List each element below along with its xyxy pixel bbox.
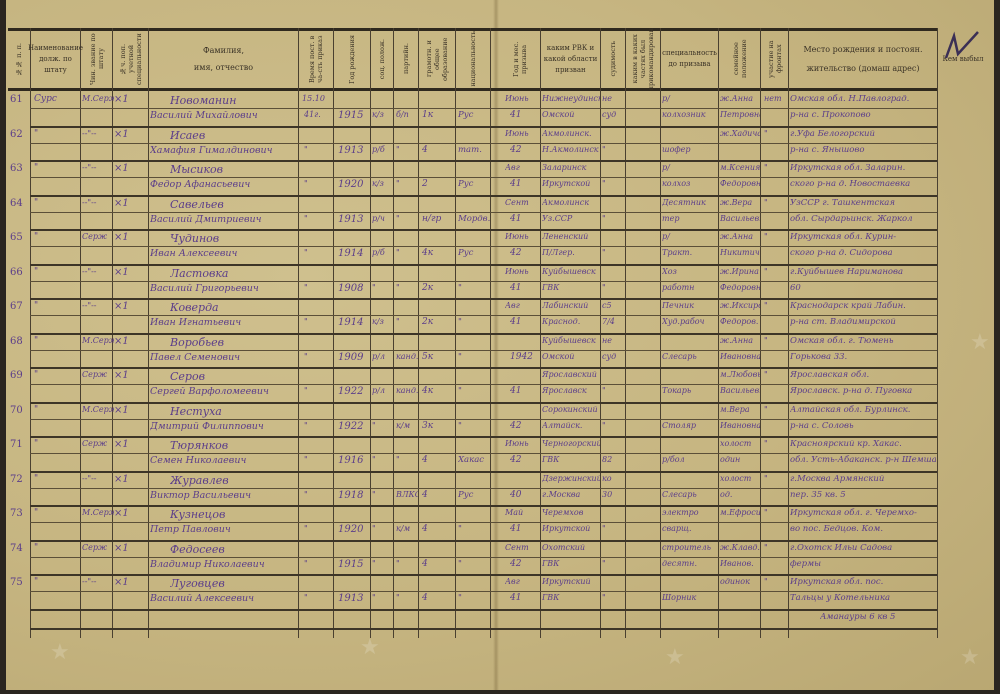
address-line-a: Алтайская обл. Бурлинск. bbox=[790, 405, 936, 415]
surname: Нестуха bbox=[170, 405, 298, 418]
nationality: Рус bbox=[458, 179, 490, 189]
education: 4к bbox=[422, 386, 454, 396]
specialty-b: колхозник bbox=[662, 110, 718, 119]
surname: Ластовка bbox=[170, 267, 298, 280]
checkmark-stroke-icon bbox=[940, 28, 982, 68]
surname: Савельев bbox=[170, 198, 298, 211]
surname: Исаев bbox=[170, 129, 298, 142]
position-title: " bbox=[34, 474, 80, 484]
social-status: " bbox=[372, 524, 394, 533]
draft-month: Май bbox=[505, 508, 539, 517]
position-title: " bbox=[34, 198, 80, 208]
rank: --"-- bbox=[82, 198, 114, 207]
surname: Луговцев bbox=[170, 577, 298, 590]
address-line-a: Омская обл. Н.Павлоград. bbox=[790, 94, 936, 104]
education: 1к bbox=[422, 110, 454, 120]
address-continuation: Аманауры 6 кв 5 bbox=[820, 612, 936, 622]
conviction-b: 82 bbox=[602, 455, 624, 464]
family-b: Федоровна bbox=[720, 283, 760, 292]
row-rule bbox=[30, 557, 937, 558]
rvk-region: ГВК bbox=[542, 283, 600, 292]
row-rule bbox=[30, 298, 937, 300]
rvk-district: Лененский bbox=[542, 232, 600, 241]
family-b: Федоровна bbox=[720, 179, 760, 188]
party: " bbox=[396, 248, 418, 257]
conviction-a: с5 bbox=[602, 301, 624, 310]
address-line-a: г.Уфа Белогорский bbox=[790, 129, 936, 139]
address-line-b: р-на с. Янышово bbox=[790, 145, 936, 155]
position-mark: ×1 bbox=[114, 508, 146, 519]
front-participation: " bbox=[764, 336, 788, 345]
conviction-b: суд bbox=[602, 352, 624, 361]
position-mark: ×1 bbox=[114, 474, 146, 485]
row-number: 68 bbox=[10, 336, 30, 347]
party: к/м bbox=[396, 421, 418, 430]
name-patronymic: Павел Семенович bbox=[150, 352, 298, 363]
watermark-star-icon: ★ bbox=[50, 640, 70, 665]
nationality: " bbox=[458, 352, 490, 362]
header-address-line1: Место рождения и постоян. bbox=[803, 44, 922, 55]
draft-month: Июнь bbox=[505, 232, 539, 241]
birth-year: 1918 bbox=[338, 490, 370, 501]
row-rule bbox=[30, 402, 937, 404]
birth-year: 1913 bbox=[338, 214, 370, 225]
birth-year: 1913 bbox=[338, 145, 370, 156]
rank: Серж bbox=[82, 439, 114, 448]
register-sheet: ★ ★ ★ ★ ★ №№ п. п. Наименование долж. по… bbox=[0, 0, 1000, 694]
header-draft-year: Год и мес. призыва bbox=[500, 30, 540, 88]
specialty-b: Шорник bbox=[662, 593, 718, 602]
draft-month: Июнь bbox=[505, 129, 539, 138]
family-b: Васильевна bbox=[720, 386, 760, 395]
header-rvk-service: каким в каких частях был прикомандирован bbox=[626, 30, 660, 88]
specialty-a: р/ bbox=[662, 94, 718, 103]
header-position-number: №ч. поп. учетной специальности bbox=[113, 30, 148, 88]
name-patronymic: Виктор Васильевич bbox=[150, 490, 298, 501]
header-position-title: Наименование долж. по штату bbox=[31, 30, 80, 88]
conviction-b: суд bbox=[602, 110, 624, 119]
party: б/п bbox=[396, 110, 418, 119]
draft-year: 40 bbox=[510, 490, 540, 500]
row-rule bbox=[30, 333, 937, 335]
since-in-unit-b: " bbox=[304, 214, 332, 223]
family-a: ж.Анна bbox=[720, 336, 760, 345]
since-in-unit-b: " bbox=[304, 248, 332, 257]
rvk-district: Охотский bbox=[542, 543, 600, 552]
draft-month: Авг bbox=[505, 163, 539, 172]
education: 3к bbox=[422, 421, 454, 431]
nationality: " bbox=[458, 593, 490, 603]
nationality: Мордв. bbox=[458, 214, 490, 224]
social-status: " bbox=[372, 455, 394, 464]
family-a: м.Ефросинья bbox=[720, 508, 760, 517]
position-mark: ×1 bbox=[114, 163, 146, 174]
row-number: 64 bbox=[10, 198, 30, 209]
nationality: Рус bbox=[458, 490, 490, 500]
header-front: участие на фронтах bbox=[761, 30, 788, 88]
row-number: 65 bbox=[10, 232, 30, 243]
rank: М.Серж bbox=[82, 508, 114, 517]
education: 4 bbox=[422, 593, 454, 603]
position-title: " bbox=[34, 336, 80, 346]
party: канд. bbox=[396, 352, 418, 361]
specialty-a: Хоз bbox=[662, 267, 718, 276]
row-number: 67 bbox=[10, 301, 30, 312]
nationality: " bbox=[458, 317, 490, 327]
rank: --"-- bbox=[82, 129, 114, 138]
rank: --"-- bbox=[82, 163, 114, 172]
address-line-a: Иркутская обл. Курин- bbox=[790, 232, 936, 242]
since-in-unit-a: 15.10 bbox=[302, 94, 332, 103]
position-mark: ×1 bbox=[114, 232, 146, 243]
education: 4 bbox=[422, 490, 454, 500]
name-patronymic: Петр Павлович bbox=[150, 524, 298, 535]
rvk-region: Краснод. bbox=[542, 317, 600, 326]
specialty-a: строитель bbox=[662, 543, 718, 552]
row-rule bbox=[30, 108, 937, 109]
position-title: " bbox=[34, 163, 80, 173]
address-line-b: обл. Сырдарьинск. Жаркол bbox=[790, 214, 936, 224]
row-rule bbox=[30, 350, 937, 351]
watermark-star-icon: ★ bbox=[665, 645, 685, 670]
row-number: 72 bbox=[10, 474, 30, 485]
family-b: Иванов. bbox=[720, 559, 760, 568]
draft-month: Сент bbox=[505, 543, 539, 552]
position-title: " bbox=[34, 129, 80, 139]
specialty-b: колхоз bbox=[662, 179, 718, 188]
position-mark: ×1 bbox=[114, 301, 146, 312]
address-line-a: Иркутская обл. Заларин. bbox=[790, 163, 936, 173]
address-line-b: р-на ст. Владимирской bbox=[790, 317, 936, 327]
nationality: " bbox=[458, 386, 490, 396]
address-line-a: г.Охотск Ильи Садова bbox=[790, 543, 936, 553]
family-b: Никитична bbox=[720, 248, 760, 257]
position-mark: ×1 bbox=[114, 267, 146, 278]
header-surname: Фамилия, bbox=[203, 45, 244, 56]
birth-year: 1914 bbox=[338, 248, 370, 259]
name-patronymic: Иван Игнатьевич bbox=[150, 317, 298, 328]
row-rule bbox=[30, 453, 937, 454]
row-rule bbox=[30, 126, 937, 128]
row-rule bbox=[30, 540, 937, 542]
address-line-a: УзССР г. Ташкентская bbox=[790, 198, 936, 208]
conviction-a: не bbox=[602, 94, 624, 103]
specialty-b: десятн. bbox=[662, 559, 718, 568]
address-line-b: р-на с. Соловь bbox=[790, 421, 936, 431]
surname: Новоманин bbox=[170, 94, 298, 107]
row-rule bbox=[30, 143, 937, 144]
position-title: " bbox=[34, 405, 80, 415]
draft-year: 41 bbox=[510, 110, 540, 120]
rvk-region: Омской bbox=[542, 110, 600, 119]
draft-year: 42 bbox=[510, 248, 540, 258]
rvk-district: Заларинск bbox=[542, 163, 600, 172]
position-title: " bbox=[34, 508, 80, 518]
family-a: ж.Ирина bbox=[720, 267, 760, 276]
family-a: холост bbox=[720, 474, 760, 483]
specialty-b: сварщ. bbox=[662, 524, 718, 533]
rvk-region: Н.Акмолинск bbox=[542, 145, 600, 154]
family-a: м.Вера bbox=[720, 405, 760, 414]
party: " bbox=[396, 214, 418, 223]
conviction-b: " bbox=[602, 214, 624, 223]
draft-year: 41 bbox=[510, 593, 540, 603]
front-participation: " bbox=[764, 198, 788, 207]
party: " bbox=[396, 559, 418, 568]
row-rule bbox=[30, 505, 937, 507]
social-status: р/б bbox=[372, 248, 394, 257]
birth-year: 1915 bbox=[338, 559, 370, 570]
name-patronymic: Дмитрий Филиппович bbox=[150, 421, 298, 432]
family-a: м.Ксения bbox=[720, 163, 760, 172]
conviction-b: " bbox=[602, 248, 624, 257]
position-title: " bbox=[34, 439, 80, 449]
specialty-b: шофер bbox=[662, 145, 718, 154]
row-number: 75 bbox=[10, 577, 30, 588]
family-b: Ивановна bbox=[720, 421, 760, 430]
family-b: од. bbox=[720, 490, 760, 499]
row-rule bbox=[30, 281, 937, 282]
draft-year: 42 bbox=[510, 421, 540, 431]
name-patronymic: Василий Дмитриевич bbox=[150, 214, 298, 225]
specialty-b: Токарь bbox=[662, 386, 718, 395]
conviction-b: 7/4 bbox=[602, 317, 624, 326]
row-rule bbox=[30, 264, 937, 266]
front-participation: " bbox=[764, 163, 788, 172]
nationality: Рус bbox=[458, 248, 490, 258]
specialty-a: электро bbox=[662, 508, 718, 517]
position-title: " bbox=[34, 370, 80, 380]
conviction-b: " bbox=[602, 524, 624, 533]
address-line-b: фермы bbox=[790, 559, 936, 569]
name-patronymic: Василий Михайлович bbox=[150, 110, 298, 121]
surname: Мысиков bbox=[170, 163, 298, 176]
address-line-a: Краснодарск край Лабин. bbox=[790, 301, 936, 311]
party: ВЛКСМ bbox=[396, 490, 418, 499]
draft-month: Июнь bbox=[505, 439, 539, 448]
conviction-b: " bbox=[602, 386, 624, 395]
position-mark: ×1 bbox=[114, 577, 146, 588]
birth-year: 1908 bbox=[338, 283, 370, 294]
rvk-district: Нижнеудинск bbox=[542, 94, 600, 103]
family-a: ж.Анна bbox=[720, 94, 760, 103]
address-line-b: ского р-на д. Новостаевка bbox=[790, 179, 936, 189]
education: 4к bbox=[422, 248, 454, 258]
party: " bbox=[396, 179, 418, 188]
position-mark: ×1 bbox=[114, 336, 146, 347]
draft-month: Июнь bbox=[505, 94, 539, 103]
row-rule bbox=[30, 212, 937, 213]
since-in-unit-b: " bbox=[304, 559, 332, 568]
birth-year: 1914 bbox=[338, 317, 370, 328]
row-rule bbox=[30, 315, 937, 316]
header-address: Место рождения и постоян. жительство (до… bbox=[789, 30, 937, 88]
specialty-b: Слесарь bbox=[662, 352, 718, 361]
since-in-unit-b: " bbox=[304, 524, 332, 533]
front-participation: " bbox=[764, 370, 788, 379]
party: к/м bbox=[396, 524, 418, 533]
family-a: м.Любовь bbox=[720, 370, 760, 379]
header-birth-year: Год рождения bbox=[334, 30, 370, 88]
family-b: Ивановна bbox=[720, 352, 760, 361]
rvk-district: Дзержинский bbox=[542, 474, 600, 483]
name-patronymic: Иван Алексеевич bbox=[150, 248, 298, 259]
party: канд. bbox=[396, 386, 418, 395]
family-b: Федоров. bbox=[720, 317, 760, 326]
front-participation: нет bbox=[764, 94, 788, 103]
position-mark: ×1 bbox=[114, 198, 146, 209]
address-line-a: Красноярский кр. Хакас. bbox=[790, 439, 936, 449]
surname: Тюрянков bbox=[170, 439, 298, 452]
address-line-b: ского р-на д. Сидорова bbox=[790, 248, 936, 258]
birth-year: 1915 bbox=[338, 110, 370, 121]
address-line-b: р-на с. Прокопово bbox=[790, 110, 936, 120]
conviction-b: 30 bbox=[602, 490, 624, 499]
nationality: " bbox=[458, 559, 490, 569]
birth-year: 1909 bbox=[338, 352, 370, 363]
rvk-region: ГВК bbox=[542, 593, 600, 602]
since-in-unit-b: " bbox=[304, 490, 332, 499]
header-family: семейное положение bbox=[719, 30, 760, 88]
rvk-region: Уз.ССР bbox=[542, 214, 600, 223]
since-in-unit-b: " bbox=[304, 386, 332, 395]
rvk-district: Иркутский bbox=[542, 577, 600, 586]
rvk-district: Черемхов bbox=[542, 508, 600, 517]
front-participation: " bbox=[764, 439, 788, 448]
page-fold bbox=[493, 0, 499, 694]
since-in-unit-b: " bbox=[304, 593, 332, 602]
address-line-b: Ярославск. р-на д. Пуговка bbox=[790, 386, 936, 396]
address-line-a: г.Москва Армянский bbox=[790, 474, 936, 484]
name-patronymic: Владимир Николаевич bbox=[150, 559, 298, 570]
position-mark: ×1 bbox=[114, 405, 146, 416]
address-line-a: г.Куйбышев Нариманова bbox=[790, 267, 936, 277]
row-rule bbox=[30, 195, 937, 197]
conviction-b: " bbox=[602, 593, 624, 602]
name-patronymic: Семен Николаевич bbox=[150, 455, 298, 466]
nationality: " bbox=[458, 283, 490, 293]
surname: Чудинов bbox=[170, 232, 298, 245]
draft-month: Июнь bbox=[505, 267, 539, 276]
header-specialty: специальность до призыва bbox=[661, 30, 718, 88]
header-education: грамотн. и общее образование bbox=[419, 30, 455, 88]
position-title: " bbox=[34, 543, 80, 553]
nationality: " bbox=[458, 524, 490, 534]
row-rule bbox=[30, 574, 937, 576]
rank: М.Серж bbox=[82, 94, 114, 103]
position-mark: ×1 bbox=[114, 543, 146, 554]
row-rule bbox=[30, 609, 937, 611]
rvk-region: ГВК bbox=[542, 559, 600, 568]
draft-year: 41 bbox=[510, 317, 540, 327]
row-rule bbox=[30, 436, 937, 438]
col-divider bbox=[937, 28, 938, 638]
position-title: " bbox=[34, 232, 80, 242]
rank: --"-- bbox=[82, 301, 114, 310]
party: " bbox=[396, 145, 418, 154]
row-rule bbox=[30, 471, 937, 473]
birth-year: 1916 bbox=[338, 455, 370, 466]
education: 2 bbox=[422, 179, 454, 189]
header-fullname: Фамилия, имя, отчество bbox=[149, 30, 298, 88]
header-conviction: судимость bbox=[601, 30, 625, 88]
front-participation: " bbox=[764, 543, 788, 552]
rvk-district: Лабинский bbox=[542, 301, 600, 310]
row-rule bbox=[30, 229, 937, 231]
social-status: к/з bbox=[372, 317, 394, 326]
family-b: один bbox=[720, 455, 760, 464]
family-a: ж.Вера bbox=[720, 198, 760, 207]
position-title: " bbox=[34, 577, 80, 587]
address-line-a: Ярославская обл. bbox=[790, 370, 936, 380]
scan-border-bottom bbox=[0, 690, 1000, 694]
birth-year: 1920 bbox=[338, 524, 370, 535]
education: 4 bbox=[422, 455, 454, 465]
watermark-star-icon: ★ bbox=[360, 635, 380, 660]
draft-year: 42 bbox=[510, 559, 540, 569]
social-status: р/л bbox=[372, 352, 394, 361]
header-rank: Чин. звание по штату bbox=[81, 30, 112, 88]
row-rule bbox=[30, 591, 937, 592]
since-in-unit-b: " bbox=[304, 352, 332, 361]
scan-border-left bbox=[0, 0, 6, 694]
draft-year: 42 bbox=[510, 145, 540, 155]
row-rule bbox=[30, 246, 937, 247]
education: 4 bbox=[422, 145, 454, 155]
surname: Кузнецов bbox=[170, 508, 298, 521]
family-a: ж.Иксиро bbox=[720, 301, 760, 310]
row-number: 62 bbox=[10, 129, 30, 140]
social-status: " bbox=[372, 283, 394, 292]
address-line-b: Горькова 33. bbox=[790, 352, 936, 362]
specialty-b: Тракт. bbox=[662, 248, 718, 257]
family-a: ж.Клавд. bbox=[720, 543, 760, 552]
rvk-region: Омской bbox=[542, 352, 600, 361]
specialty-a: Печник bbox=[662, 301, 718, 310]
birth-year: 1922 bbox=[338, 421, 370, 432]
specialty-a: р/ bbox=[662, 163, 718, 172]
specialty-a: Десятник bbox=[662, 198, 718, 207]
rvk-district: Куйбышевск bbox=[542, 336, 600, 345]
rvk-region: П/Лгер. bbox=[542, 248, 600, 257]
header-social-status: соц. полож. bbox=[371, 30, 393, 88]
specialty-b: Слесарь bbox=[662, 490, 718, 499]
rvk-region: Иркутской bbox=[542, 524, 600, 533]
education: 5к bbox=[422, 352, 454, 362]
nationality: тат. bbox=[458, 145, 490, 155]
specialty-b: тер bbox=[662, 214, 718, 223]
front-participation: " bbox=[764, 129, 788, 138]
specialty-b: Худ.рабоч bbox=[662, 317, 718, 326]
row-rule bbox=[30, 419, 937, 420]
conviction-b: " bbox=[602, 145, 624, 154]
row-number: 70 bbox=[10, 405, 30, 416]
since-in-unit-b: " bbox=[304, 179, 332, 188]
birth-year: 1913 bbox=[338, 593, 370, 604]
row-rule bbox=[30, 177, 937, 178]
name-patronymic: Василий Григорьевич bbox=[150, 283, 298, 294]
position-title: Сурс bbox=[34, 94, 80, 104]
rank: Серж bbox=[82, 543, 114, 552]
draft-year: 41 bbox=[510, 283, 540, 293]
surname: Федосеев bbox=[170, 543, 298, 556]
draft-year: 41 bbox=[510, 179, 540, 189]
row-number: 61 bbox=[10, 94, 30, 105]
draft-month: Авг bbox=[505, 301, 539, 310]
nationality: Хакас bbox=[458, 455, 490, 465]
row-rule bbox=[30, 522, 937, 523]
family-a: одинок bbox=[720, 577, 760, 586]
